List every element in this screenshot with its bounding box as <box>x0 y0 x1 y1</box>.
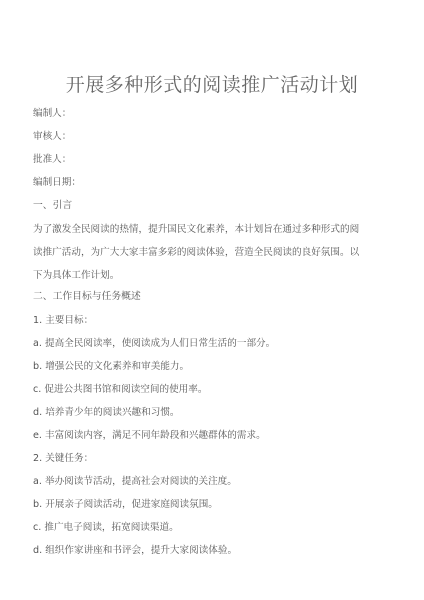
intro-paragraph-line: 读推广活动，为广大大家丰富多彩的阅读体验，营造全民阅读的良好氛围。以 <box>33 247 359 259</box>
goal-item: d. 培养青少年的阅读兴趣和习惯。 <box>33 407 180 419</box>
approver-field: 批准人： <box>33 154 71 166</box>
intro-paragraph-line: 下为具体工作计划。 <box>33 270 119 282</box>
task-item: d. 组织作家讲座和书评会，提升大家阅读体验。 <box>33 545 237 557</box>
tasks-heading: 2. 关键任务： <box>33 453 93 465</box>
task-item: c. 推广电子阅读，拓宽阅读渠道。 <box>33 522 179 534</box>
date-field: 编制日期： <box>33 177 81 189</box>
compiler-field: 编制人： <box>33 108 71 120</box>
document-title: 开展多种形式的阅读推广活动计划 <box>0 70 424 97</box>
goal-item: b. 增强公民的文化素养和审美能力。 <box>33 361 189 373</box>
task-item: b. 开展亲子阅读活动，促进家庭阅读氛围。 <box>33 499 218 511</box>
goal-item: a. 提高全民阅读率，使阅读成为人们日常生活的一部分。 <box>33 338 275 350</box>
intro-paragraph-line: 为了激发全民阅读的热情，提升国民文化素养，本计划旨在通过多种形式的阅 <box>33 224 359 236</box>
goal-item: c. 促进公共图书馆和阅读空间的使用率。 <box>33 384 207 396</box>
reviewer-field: 审核人： <box>33 131 71 143</box>
task-item: a. 举办阅读节活动，提高社会对阅读的关注度。 <box>33 476 237 488</box>
goal-item: e. 丰富阅读内容，满足不同年龄段和兴趣群体的需求。 <box>33 430 266 442</box>
document-page: 开展多种形式的阅读推广活动计划 编制人： 审核人： 批准人： 编制日期： 一、引… <box>0 0 424 600</box>
section-heading-intro: 一、引言 <box>33 200 72 212</box>
section-heading-goals: 二、工作目标与任务概述 <box>33 291 141 303</box>
goals-heading: 1. 主要目标： <box>33 315 93 327</box>
